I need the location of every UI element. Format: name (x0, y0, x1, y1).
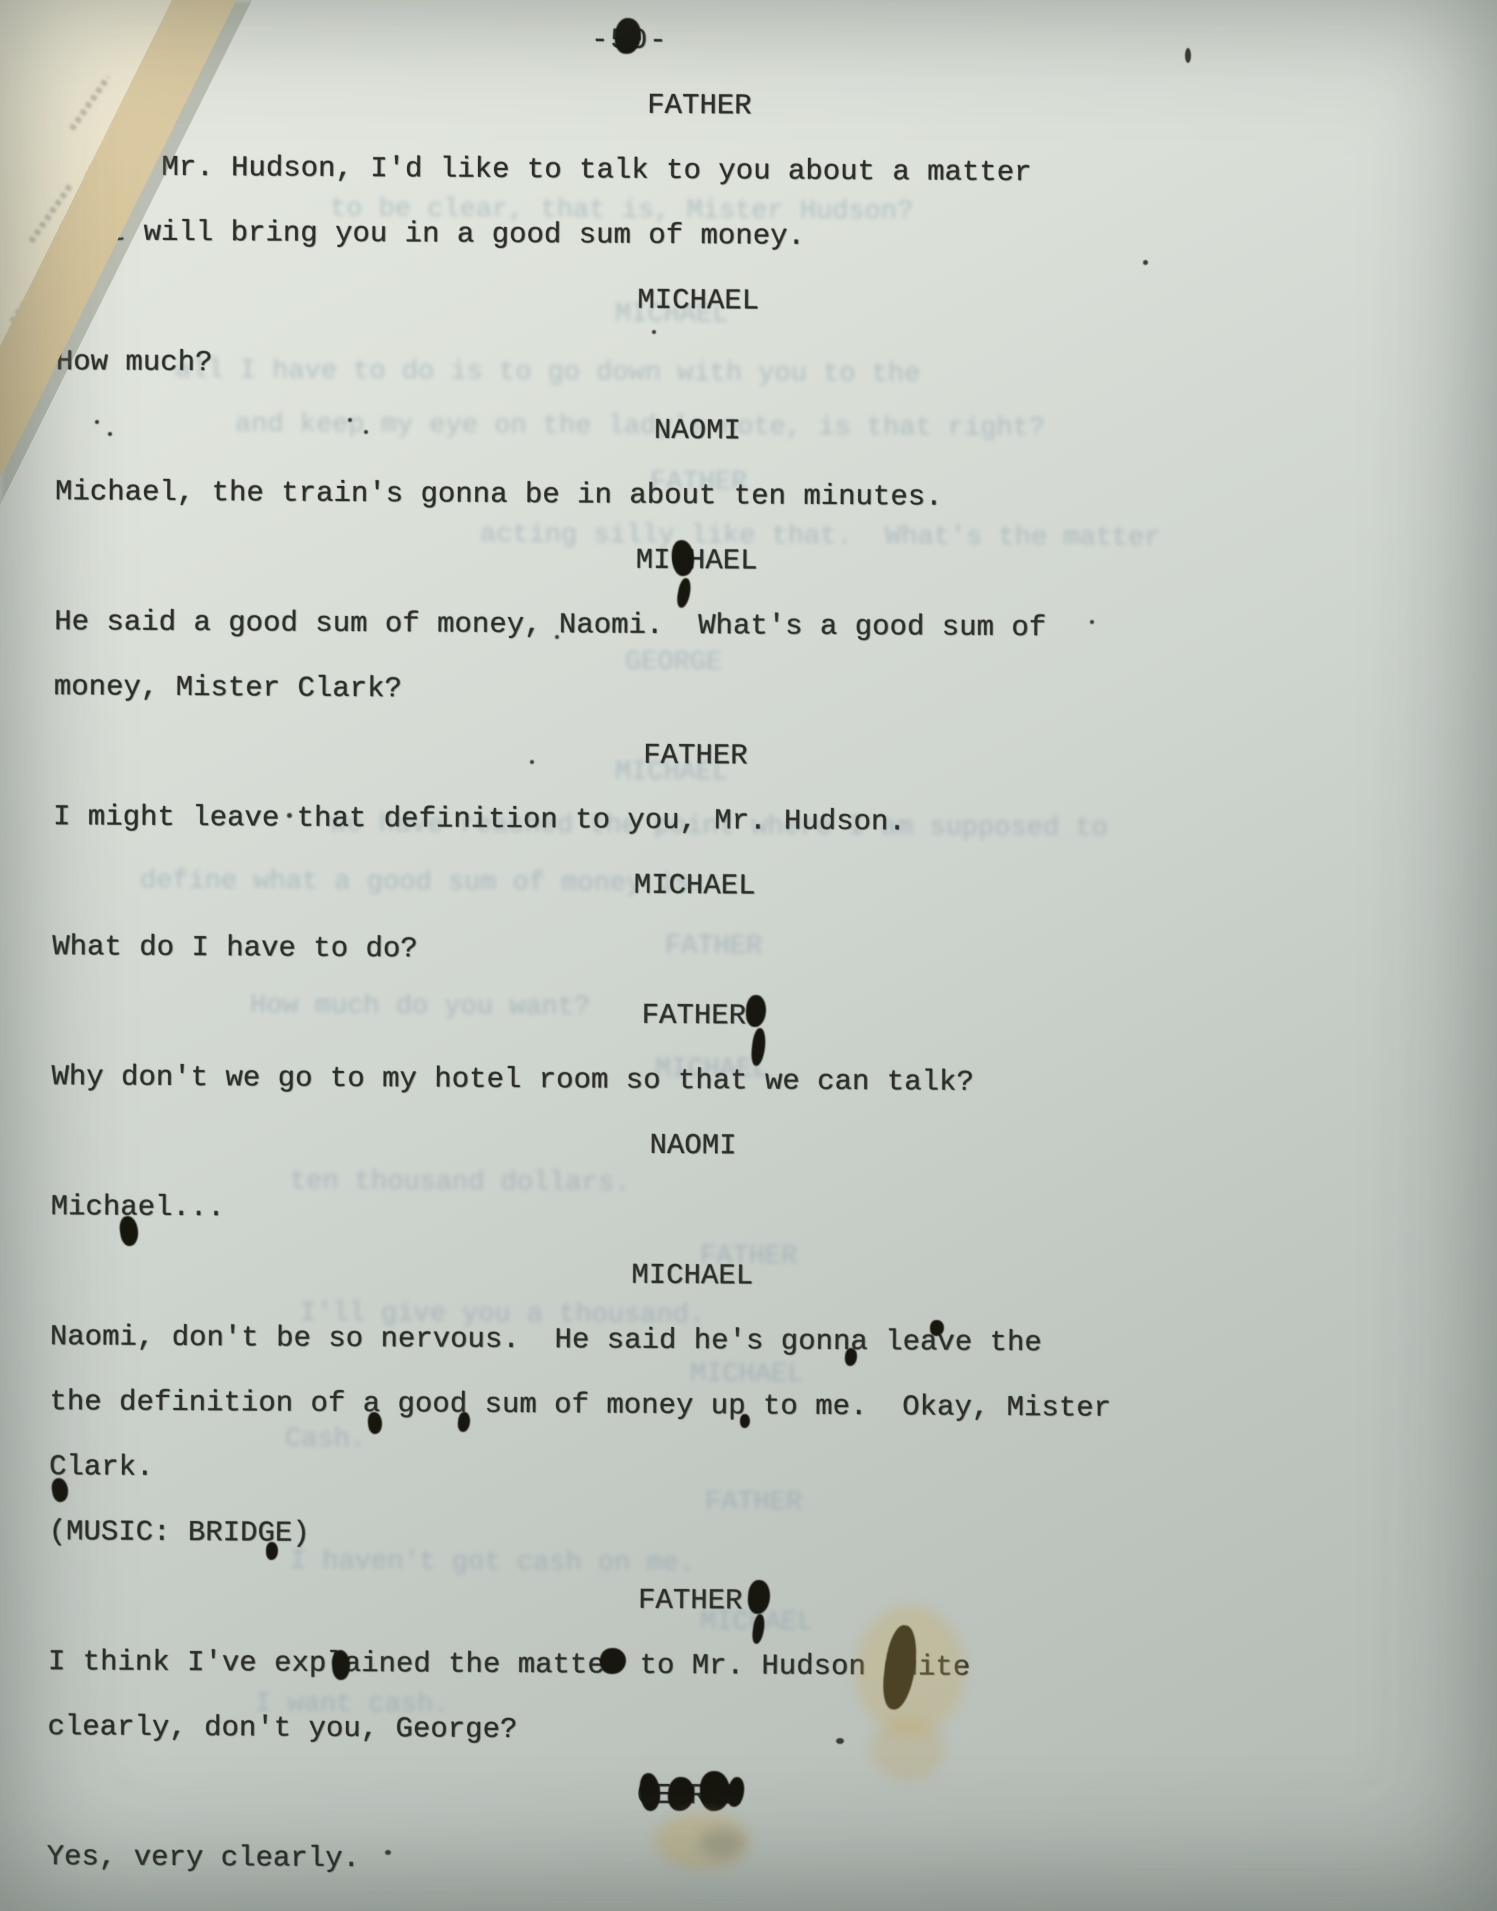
dialogue-line: Why don't we go to my hotel room so that… (0, 1044, 1491, 1118)
speaker-name: NAOMI (0, 1109, 1393, 1183)
dialogue-line: yes. Mr. Hudson, I'd like to talk to you… (0, 134, 1496, 208)
dialogue-line: Michael, the train's gonna be in about t… (0, 459, 1494, 533)
speaker-name: MICHAEL (0, 264, 1398, 338)
dialogue-line: money, Mister Clark? (0, 654, 1493, 728)
dialogue-line: clearly, don't you, George? (0, 1694, 1487, 1768)
speaker-name: FATHER (0, 1564, 1390, 1638)
speaker-name: MICHAEL (0, 849, 1395, 923)
dialogue-line: I might leave that definition to you, Mr… (0, 784, 1492, 858)
dialogue-line: Yes, very clearly. (0, 1824, 1486, 1898)
speaker-name: FATHER (0, 719, 1396, 793)
typewritten-text-block: -50-FATHERyes. Mr. Hudson, I'd like to t… (0, 4, 1497, 1898)
speaker-name: FATHER (0, 979, 1394, 1053)
speaker-name: MICHAEL (0, 524, 1397, 598)
speaker-name: NAOMI (0, 394, 1398, 468)
dialogue-line: Michael... (0, 1174, 1490, 1248)
speaker-name: GEORGE (0, 1759, 1389, 1833)
dialogue-line: the definition of a good sum of money up… (0, 1369, 1489, 1443)
dialogue-line: I think I've explained the matter to Mr.… (0, 1629, 1487, 1703)
dialogue-line: Clark. (0, 1434, 1488, 1508)
dialogue-line: He said a good sum of money, Naomi. What… (0, 589, 1493, 663)
dialogue-line: that will bring you in a good sum of mon… (0, 199, 1496, 273)
under-page-mark (69, 75, 111, 131)
dialogue-line: Naomi, don't be so nervous. He said he's… (0, 1304, 1489, 1378)
dialogue-line: How much? (0, 329, 1495, 403)
speaker-name: MICHAEL (0, 1239, 1392, 1313)
stage-direction: (MUSIC: BRIDGE) (0, 1499, 1488, 1573)
dialogue-line: What do I have to do? (0, 914, 1491, 988)
photographed-script-page: { "document": { "page_number": "-50-", "… (0, 0, 1497, 1911)
